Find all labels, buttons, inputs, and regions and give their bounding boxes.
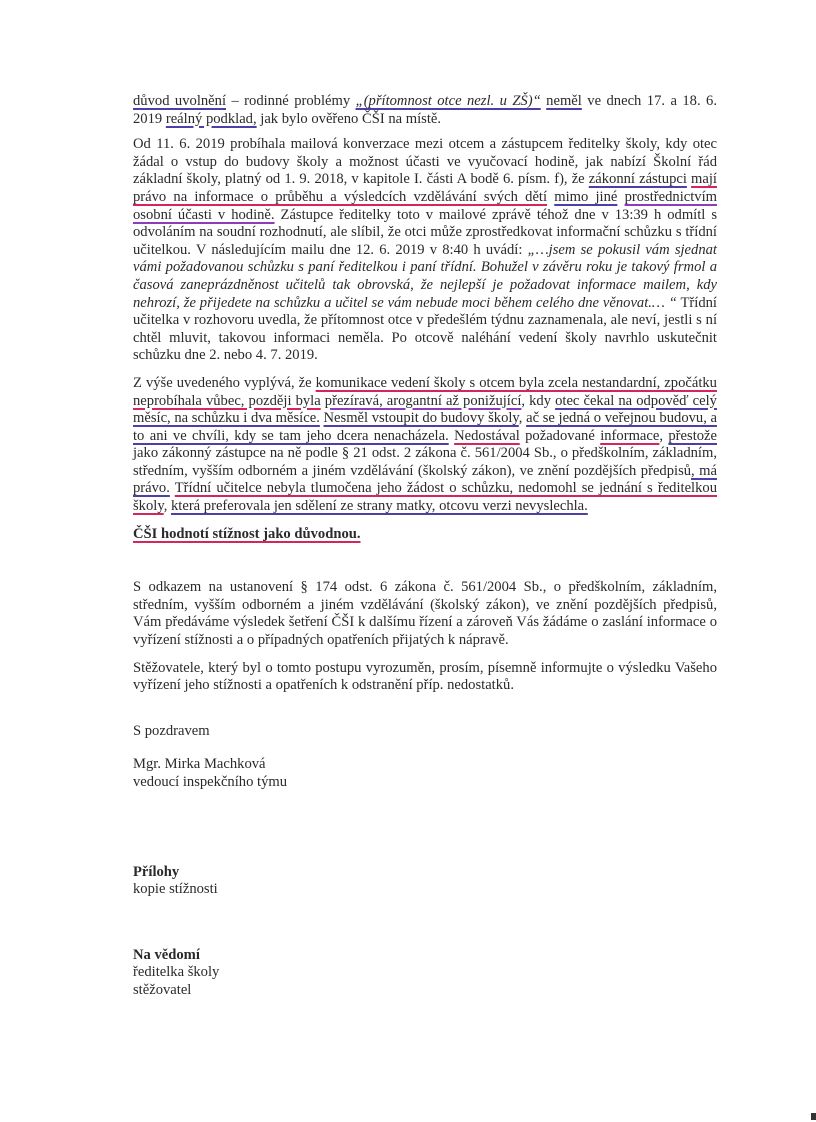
underlined-text: reálný podklad, [166, 111, 257, 127]
signature-block: Mgr. Mirka Machková vedoucí inspekčního … [133, 756, 717, 791]
cc-heading: Na vědomí [133, 947, 717, 965]
underlined-text: informace [600, 428, 659, 444]
paragraph-leave-reason: důvod uvolnění – rodinné problémy „(přít… [133, 93, 717, 128]
underlined-text: zákonní zástupci [589, 171, 687, 187]
verdict-text: ČŠI hodnotí stížnost jako důvodnou. [133, 526, 361, 542]
underlined-text: neměl [546, 93, 582, 109]
paragraph-complainant-notice: Stěžovatele, který byl o tomto postupu v… [133, 660, 717, 695]
closing: S pozdravem [133, 723, 717, 741]
underlined-text: Nesměl vstoupit do budovy školy [324, 410, 519, 426]
text: požadované [520, 428, 600, 444]
text: jak bylo ověřeno ČŠI na místě. [257, 111, 441, 127]
text: – rodinné problémy [226, 93, 356, 109]
cc-item: ředitelka školy [133, 964, 717, 982]
text: , kdy [521, 393, 555, 409]
attachment-item: kopie stížnosti [133, 881, 717, 899]
spacer [133, 553, 717, 579]
text: jako zákonný zástupce na ně podle § 21 o… [133, 445, 717, 479]
signatory-role: vedoucí inspekčního týmu [133, 774, 717, 792]
signatory-name: Mgr. Mirka Machková [133, 756, 717, 774]
text: , [519, 410, 526, 426]
text: Z výše uvedeného vyplývá, že [133, 375, 316, 391]
text: , [164, 498, 171, 514]
scan-artifact [811, 1113, 816, 1120]
underlined-text: Nedostával [454, 428, 520, 444]
paragraph-email-conversation: Od 11. 6. 2019 probíhala mailová konverz… [133, 136, 717, 365]
underlined-text: která preferovala jen sdělení ze strany … [171, 498, 588, 514]
verdict: ČŠI hodnotí stížnost jako důvodnou. [133, 526, 717, 544]
cc-section: Na vědomí ředitelka školy stěžovatel [133, 947, 717, 1000]
document-page: důvod uvolnění – rodinné problémy „(přít… [133, 93, 717, 1000]
underlined-text: důvod uvolnění [133, 93, 226, 109]
paragraph-findings: Z výše uvedeného vyplývá, že komunikace … [133, 375, 717, 516]
attachments-heading: Přílohy [133, 864, 717, 882]
underlined-text: mimo jiné [554, 189, 617, 205]
cc-item: stěžovatel [133, 982, 717, 1000]
underlined-text: přezíravá, arogantní až ponižující [325, 393, 522, 409]
quoted-reason: „(přítomnost otce nezl. u ZŠ)“ [356, 93, 541, 109]
attachments-section: Přílohy kopie stížnosti [133, 864, 717, 899]
underlined-text: přestože [668, 428, 717, 444]
paragraph-legal-reference: S odkazem na ustanovení § 174 odst. 6 zá… [133, 579, 717, 649]
